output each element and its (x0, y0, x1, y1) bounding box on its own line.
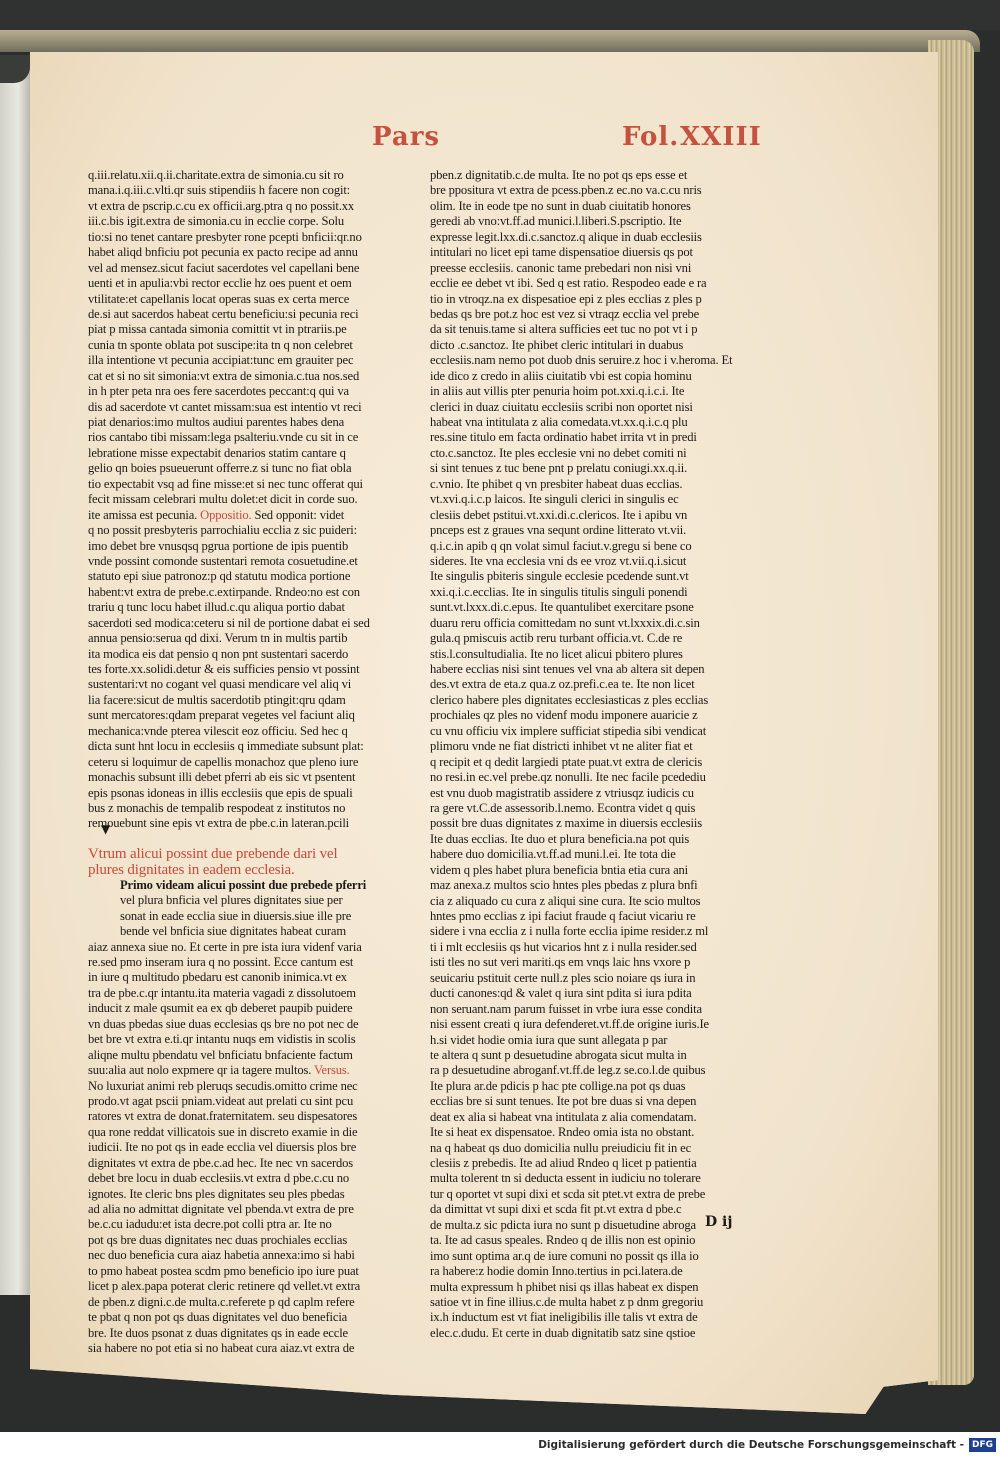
text-line: sunt mercatores:qdam preparat vegetes ve… (88, 708, 408, 723)
text-block-2: q no possit presbyteris parrochialiu ecc… (88, 523, 408, 832)
text-line: gula.q pmiscuis actib reru turbant offic… (430, 631, 758, 646)
text-line: monachis subsunt illi debet pferri ab ei… (88, 770, 408, 785)
text-line: non seruant.nam parum fuisset in vrbe iu… (430, 1002, 758, 1017)
text-line: bedas qs bre pot.z hoc est vez si vtraqz… (430, 307, 758, 322)
book-cover-edge (0, 30, 980, 52)
text-line: elec.c.dudu. Et certe in duab dignitatib… (430, 1326, 758, 1341)
text-block-4: No luxuriat animi reb pleruqs secudis.om… (88, 1079, 408, 1357)
left-text-column: q.iii.relatu.xii.q.ii.charitate.extra de… (88, 168, 408, 1356)
text-line: vt extra de pscrip.c.cu ex officii.arg.p… (88, 199, 408, 214)
text-line: tio in vtroqz.na ex dispesatioe epi z pl… (430, 292, 758, 307)
text-line: ite amissa est pecunia. (88, 508, 197, 522)
paragraph-mark-icon: ▼ (101, 822, 110, 836)
text-line: bus z monachis de tempalib respodeat z i… (88, 801, 408, 816)
text-line: ti i mlt ecclesiis qs hut vicarios hnt z… (430, 940, 758, 955)
text-line: pben.z dignitatib.c.de multa. Ite no pot… (430, 168, 758, 183)
text-line: licet p alex.papa poterat cleric retiner… (88, 1279, 408, 1294)
text-line: habet aliqd bnficiu pot pecunia ex pacto… (88, 245, 408, 260)
text-line: habere ecclias nisi sint tenues vel vna … (430, 662, 758, 677)
text-line-oppositio: ite amissa est pecunia. Oppositio. Sed o… (88, 508, 408, 523)
text-line: No luxuriat animi reb pleruqs secudis.om… (88, 1079, 408, 1094)
text-line: dicto .c.sanctoz. Ite phibet cleric inti… (430, 338, 758, 353)
text-line: plimoru vnde ne fiat districti inhibet v… (430, 739, 758, 754)
text-line: piat denarios:imo multos audiui parentes… (88, 415, 408, 430)
text-line: illa intentione vt pecunia accipiat:tunc… (88, 353, 408, 368)
text-line: vel plura bnficia vel plures dignitates … (88, 893, 408, 908)
text-line: imo debet bre vnusqsq pgrua portione de … (88, 539, 408, 554)
text-line: fecit missam celebrari multu dolet:et di… (88, 492, 408, 507)
text-line: ra gere vt.C.de assessorib.l.nemo. Econt… (430, 801, 758, 816)
text-line: ratores vt extra de donat.fraternitatem.… (88, 1109, 408, 1124)
section-gap (88, 832, 408, 846)
text-line: sustentari:vt no cogant vel quasi mendic… (88, 677, 408, 692)
text-line: imo sunt optima ar.q de iure comuni no p… (430, 1249, 758, 1264)
text-line-versus: suu:alia aut nolo expmere qr ia tagere m… (88, 1063, 408, 1078)
text-line: seuicariu pstituit certe null.z ples sci… (430, 971, 758, 986)
book-spine-gutter (0, 55, 30, 1295)
text-line: sacerdoti sed modica:ceteru si nil de po… (88, 616, 408, 631)
text-line: statuto epi siue patronoz:p qd statutu m… (88, 569, 408, 584)
text-line: videm q ples habet plura beneficia bntia… (430, 863, 758, 878)
text-line: bre. Ite duos psonat z duas dignitates q… (88, 1326, 408, 1341)
text-line: possit bre duas dignitates z maxime in d… (430, 816, 758, 831)
marginal-label-oppositio: Oppositio. (200, 508, 251, 522)
text-line: te pbat q non pot qs duas dignitates vel… (88, 1310, 408, 1325)
text-line: bre ppositura vt extra de pcess.pben.z e… (430, 183, 758, 198)
text-line: aiaz annexa siue no. Et certe in pre ist… (88, 940, 408, 955)
text-line: intitulari no licet epi tame dispensatio… (430, 245, 758, 260)
text-line: multa tolerent tn si deducta essent in i… (430, 1171, 758, 1186)
text-line: no resi.in ec.vel prebe.qz nonulli. Ite … (430, 770, 758, 785)
chapter-rubric: Vtrum alicui possint due prebende dari v… (88, 846, 408, 878)
text-line: ta. Ite ad casus speales. Rndeo q de ill… (430, 1233, 758, 1248)
text-block-right: pben.z dignitatib.c.de multa. Ite no pot… (430, 168, 758, 1341)
text-line: dignitates vt extra de pbe.c.ad hec. Ite… (88, 1156, 408, 1171)
text-line: isti tles no sut veri mariti.qs em vnqs … (430, 955, 758, 970)
text-line: annua pensio:serua qd dixi. Verum tn in … (88, 631, 408, 646)
text-line: q.iii.relatu.xii.q.ii.charitate.extra de… (88, 168, 408, 183)
scanned-book-image: Pars Fol. XXIII q.iii.relatu.xii.q.ii.ch… (0, 0, 1000, 1432)
text-line: na q habeat qs duo domicilia nullu preiu… (430, 1141, 758, 1156)
text-line: cat et si no sit simonia:vt extra de sim… (88, 369, 408, 384)
text-line: to pmo habeat postea scdm pmo beneficio … (88, 1264, 408, 1279)
rubric-line: plures dignitates in eadem ecclesia. (88, 862, 408, 878)
text-line: remouebunt sine epis vt extra de pbe.c.i… (88, 816, 408, 831)
text-line: q.i.c.in apib q qn volat simul faciut.v.… (430, 539, 758, 554)
running-head-pars: Pars (372, 122, 440, 152)
text-line: geredi ab vno:vt.ff.ad munici.l.liberi.S… (430, 214, 758, 229)
text-line: Ite duas ecclias. Ite duo et plura benef… (430, 832, 758, 847)
text-line: lebratione misse expectabit denarios sta… (88, 446, 408, 461)
text-block-3: aiaz annexa siue no. Et certe in pre ist… (88, 940, 408, 1064)
text-line: Ite si heat ex dispensatoe. Rndeo omia i… (430, 1125, 758, 1140)
text-line: ecclesiis.nam nemo pot duob dnis seruire… (430, 353, 758, 368)
text-block-1: q.iii.relatu.xii.q.ii.charitate.extra de… (88, 168, 408, 508)
text-line: in h pter peta nra oes fere sacerdotes p… (88, 384, 408, 399)
text-line: prochiales qz ples no videnf modu impone… (430, 708, 758, 723)
text-line: piat p missa cantada simonia comittit vt… (88, 322, 408, 337)
text-line: da sit tenuis.tame si altera sufficies e… (430, 322, 758, 337)
text-line: gelio qn boies psueuerunt offerre.z si t… (88, 461, 408, 476)
text-line: cunia tn sponte oblata pot suscipe:ita t… (88, 338, 408, 353)
text-line: clerico habere ples dignitates ecclesias… (430, 693, 758, 708)
marginal-label-versus: Versus. (314, 1063, 350, 1077)
signature-mark: D ij (705, 1214, 732, 1230)
text-line: des.vt extra de eta.z qua.z oz.prefi.c.e… (430, 677, 758, 692)
text-line: ide dico z credo in aliis ciuitatib vbi … (430, 369, 758, 384)
text-line: h.si videt hodie omia iura que sunt alle… (430, 1033, 758, 1048)
text-line: vtilitate:et capellanis locat operas sua… (88, 292, 408, 307)
text-line: pot qs bre duas dignitates nec duas proc… (88, 1233, 408, 1248)
text-line: multa expressum h phibet nisi qs illas h… (430, 1280, 758, 1295)
text-line: te altera q sunt p desuetudine abrogata … (430, 1048, 758, 1063)
text-line: stis.l.consultudialia. Ite no licet alic… (430, 647, 758, 662)
text-line: sunt.vt.lxxx.di.c.epus. Ite quantulibet … (430, 600, 758, 615)
text-line: suu:alia aut nolo expmere qr ia tagere m… (88, 1063, 311, 1077)
text-line: dis ad sacerdote vt cantet missam:sua es… (88, 400, 408, 415)
text-line: expresse legit.lxx.di.c.sanctoz.q alique… (430, 230, 758, 245)
text-line: Ite plura ar.de pdicis p hac pte collige… (430, 1079, 758, 1094)
text-line: habeat vna intitulata z alia comedata.vt… (430, 415, 758, 430)
text-line: duaru reru officia comittedam no sunt vt… (430, 616, 758, 631)
text-line: nec duo beneficia cura aiaz habetia anne… (88, 1248, 408, 1263)
dfg-logo: DFG (969, 1438, 996, 1452)
folio-number: XXIII (680, 122, 762, 152)
text-line: habent:vt extra de prebe.c.extirpande. R… (88, 585, 408, 600)
text-line: habere duo domicilia.vt.ff.ad muni.l.ei.… (430, 847, 758, 862)
indented-block: vel plura bnficia vel plures dignitates … (88, 893, 408, 939)
text-line: maz anexa.z multos scio hntes ples pbeda… (430, 878, 758, 893)
text-line: tes forte.xx.solidi.detur & eis sufficie… (88, 662, 408, 677)
text-line: tur q oportet vt supi dixi et scda sit p… (430, 1187, 758, 1202)
text-line: iii.c.bis igit.extra de simonia.cu in ec… (88, 214, 408, 229)
text-line: ceteru si loquimur de capellis monachoz … (88, 755, 408, 770)
text-line: ecclie ee debet vt ibi. Sed q est ratio.… (430, 276, 758, 291)
text-line: debet bre locu in duab ecclesiis.vt extr… (88, 1171, 408, 1186)
text-line: clesiis z prebedis. Ite ad aliud Rndeo q… (430, 1156, 758, 1171)
text-line: mechanica:vnde pterea vilescit eoz offic… (88, 724, 408, 739)
text-line: tio expectabit vsq ad fine misse:et si n… (88, 477, 408, 492)
text-line: q recipit et q dedit largiedi ptate puat… (430, 755, 758, 770)
text-line: clerici in duaz ciuitatu ecclesiis scrib… (430, 400, 758, 415)
text-line: preesse ecclesiis. canonic tame prebedar… (430, 261, 758, 276)
text-line: ecclias bre si sunt tenues. Ite pot bre … (430, 1094, 758, 1109)
text-line: si sint tenues z tuc bene pnt p prelatu … (430, 461, 758, 476)
text-line: mana.i.q.iii.c.vlti.qr suis stipendiis h… (88, 183, 408, 198)
text-line: de pben.z digni.c.de multa.c.referete p … (88, 1295, 408, 1310)
text-line: hntes pmo ecclias z ipi faciut fraude q … (430, 909, 758, 924)
digitization-credit-bar: Digitalisierung gefördert durch die Deut… (0, 1432, 1000, 1459)
text-line: ita modica eis dat pensio q non pnt sust… (88, 647, 408, 662)
text-line: ix.h inductum est vt fiat ineligibilis i… (430, 1310, 758, 1325)
text-line: prodo.vt agat pscii pniam.videat aut pre… (88, 1094, 408, 1109)
text-line: sideres. Ite vna ecclesia vni ds ee vroz… (430, 554, 758, 569)
text-line: iudicii. Ite no pot qs in eade ecclia ve… (88, 1140, 408, 1155)
text-line: epis psonas idoneas in illis ecclesiis q… (88, 786, 408, 801)
text-line: bende vel bnficia siue dignitates habeat… (88, 924, 408, 939)
text-line: qua rone reddat villicatois sue in discr… (88, 1125, 408, 1140)
text-line: rios cantabo tibi missam:lega psalteriu.… (88, 430, 408, 445)
running-head-fol: Fol. (622, 122, 679, 152)
text-line: inducit z male qsumit ea ex qb deberet p… (88, 1001, 408, 1016)
text-line: trariu q tunc locu habet illud.c.qu aliq… (88, 600, 408, 615)
text-line: vn duas pbedas siue duas ecclesias qs br… (88, 1017, 408, 1032)
initial-line: Primo videam alicui possint due prebede … (88, 878, 408, 893)
text-line: cu vnu officiu vix implere sufficiat sti… (430, 724, 758, 739)
text-line: nisi essent creati q iura defenderet.vt.… (430, 1017, 758, 1032)
text-line: re.sed pmo inseram iura q no possint. Ec… (88, 955, 408, 970)
text-line: sia habere no pot etia si no habeat cura… (88, 1341, 408, 1356)
text-line: deat ex alia si habeat vna intitulata z … (430, 1110, 758, 1125)
text-line: res.sine titulo em facta ordinatio habet… (430, 430, 758, 445)
text-line: be.c.cu iadudu:et ista decre.pot colli p… (88, 1217, 408, 1232)
text-line: sonat in eade ecclia siue in diuersis.si… (88, 909, 408, 924)
text-line: tra de pbe.c.qr intantu.ita materia vaga… (88, 986, 408, 1001)
funding-credit-text: Digitalisierung gefördert durch die Deut… (538, 1439, 964, 1451)
text-line: c.vnio. Ite phibet q vn presbiter habeat… (430, 477, 758, 492)
text-line: satioe vt in fine illius.c.de multa habe… (430, 1295, 758, 1310)
rubric-line: Vtrum alicui possint due prebende dari v… (88, 846, 408, 862)
text-line: pnceps est z graues vna sequnt ordine li… (430, 523, 758, 538)
text-line: vt.xvi.q.i.c.p laicos. Ite singuli cleri… (430, 492, 758, 507)
text-line: ra p desuetudine abroganf.vt.ff.de leg.z… (430, 1063, 758, 1078)
text-line: ad alia no admittat dignitate vel pbenda… (88, 1202, 408, 1217)
text-line: in iure q multitudo pbedaru est canonib … (88, 970, 408, 985)
text-line: q no possit presbyteris parrochialiu ecc… (88, 523, 408, 538)
text-line: vnde possint comonde sustentari remota c… (88, 554, 408, 569)
text-line: lia facere:sicut de multis sacerdotib pt… (88, 693, 408, 708)
text-line: ra habere:z hodie domin Inno.tertius in … (430, 1264, 758, 1279)
text-line: cto.c.sanctoz. Ite ples ecclesie vni no … (430, 446, 758, 461)
right-text-column: pben.z dignitatib.c.de multa. Ite no pot… (430, 168, 758, 1341)
text-line: olim. Ite in eode tpe no sunt in duab ci… (430, 199, 758, 214)
text-line: est vnu duob magistratib assidere z vtri… (430, 786, 758, 801)
text-line: aliqne multu pbendatu vel bnficiatu bnfa… (88, 1048, 408, 1063)
text-line: in aliis aut villis pter penuria hoim po… (430, 384, 758, 399)
text-line: sidere i vna ecclia z i nulla forte eccl… (430, 924, 758, 939)
text-line: xxi.q.i.c.ecclias. Ite in singulis titul… (430, 585, 758, 600)
text-line: dicta sunt hnt locu in ecclesiis q immed… (88, 739, 408, 754)
text-line: cia z aliquado cu cura z aliqui sine cur… (430, 894, 758, 909)
text-line: tio:si no tenet cantare presbyter rone p… (88, 230, 408, 245)
text-line: Sed opponit: videt (252, 508, 345, 522)
text-line: uenti et in apulia:vbi rector ecclie hz … (88, 276, 408, 291)
text-line: ignotes. Ite cleric bns ples dignitates … (88, 1187, 408, 1202)
text-line: ducti canones:qd & valet q iura sint pdi… (430, 986, 758, 1001)
text-line: bet bre vt extra e.ti.qr intantu nuqs em… (88, 1032, 408, 1047)
text-line: clesiis debet pstitui.vt.xxi.di.c.cleric… (430, 508, 758, 523)
book-cover-top (0, 0, 1000, 30)
text-line: de.si aut sacerdos habeat certu benefici… (88, 307, 408, 322)
text-line: vel ad mensez.sicut faciut sacerdotes ve… (88, 261, 408, 276)
text-line: Ite singulis pbiteris singule ecclesie p… (430, 569, 758, 584)
